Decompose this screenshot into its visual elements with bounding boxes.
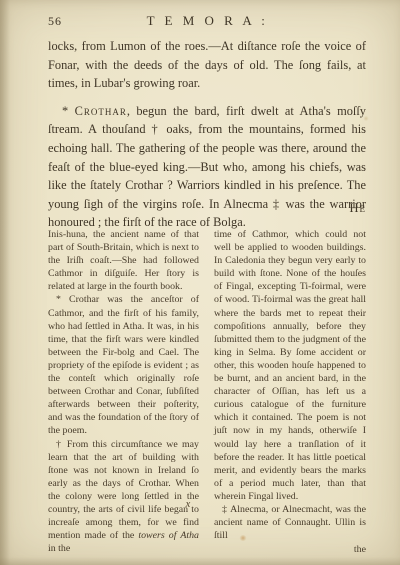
footnote-column-right: time of Cathmor, which could not well be… — [214, 228, 366, 556]
running-title: T E M O R A : — [48, 13, 366, 29]
footnote-inishuna-continuation: Inis-huna, the ancient name of that part… — [48, 228, 199, 293]
footnote-catchword: the — [214, 543, 366, 556]
footnote-ref-asterisk: * — [62, 104, 75, 118]
footnote-doubledagger-alnecma: ‡ Alnecma, or Alnecmacht, was the ancien… — [214, 503, 366, 542]
paper-background: 56 T E M O R A : locks, from Lumon of th… — [0, 0, 400, 565]
footnote-dagger-building: † From this circumſtance we may learn th… — [48, 438, 199, 556]
footnote-asterisk-crothar: * Crothar was the anceſtor of Cathmor, a… — [48, 293, 199, 437]
speaker-name-smallcaps: Crothar — [75, 104, 127, 118]
page-left-edge-shadow — [0, 0, 10, 565]
footnote-dagger-continuation: time of Cathmor, which could not well be… — [214, 228, 366, 503]
page-bottom-edge-shadow — [0, 557, 400, 565]
main-text-catchword: He — [48, 201, 366, 216]
signature-mark: x — [176, 499, 200, 510]
italic-phrase-towers-of-atha: towers of Atha — [138, 530, 199, 541]
paper-foxing-spot-small — [363, 116, 369, 121]
paper-foxing-spot — [239, 535, 247, 541]
book-page-scan: 56 T E M O R A : locks, from Lumon of th… — [0, 0, 400, 565]
main-paragraph-continuation: locks, from Lumon of the roes.—At diſtan… — [48, 37, 366, 93]
